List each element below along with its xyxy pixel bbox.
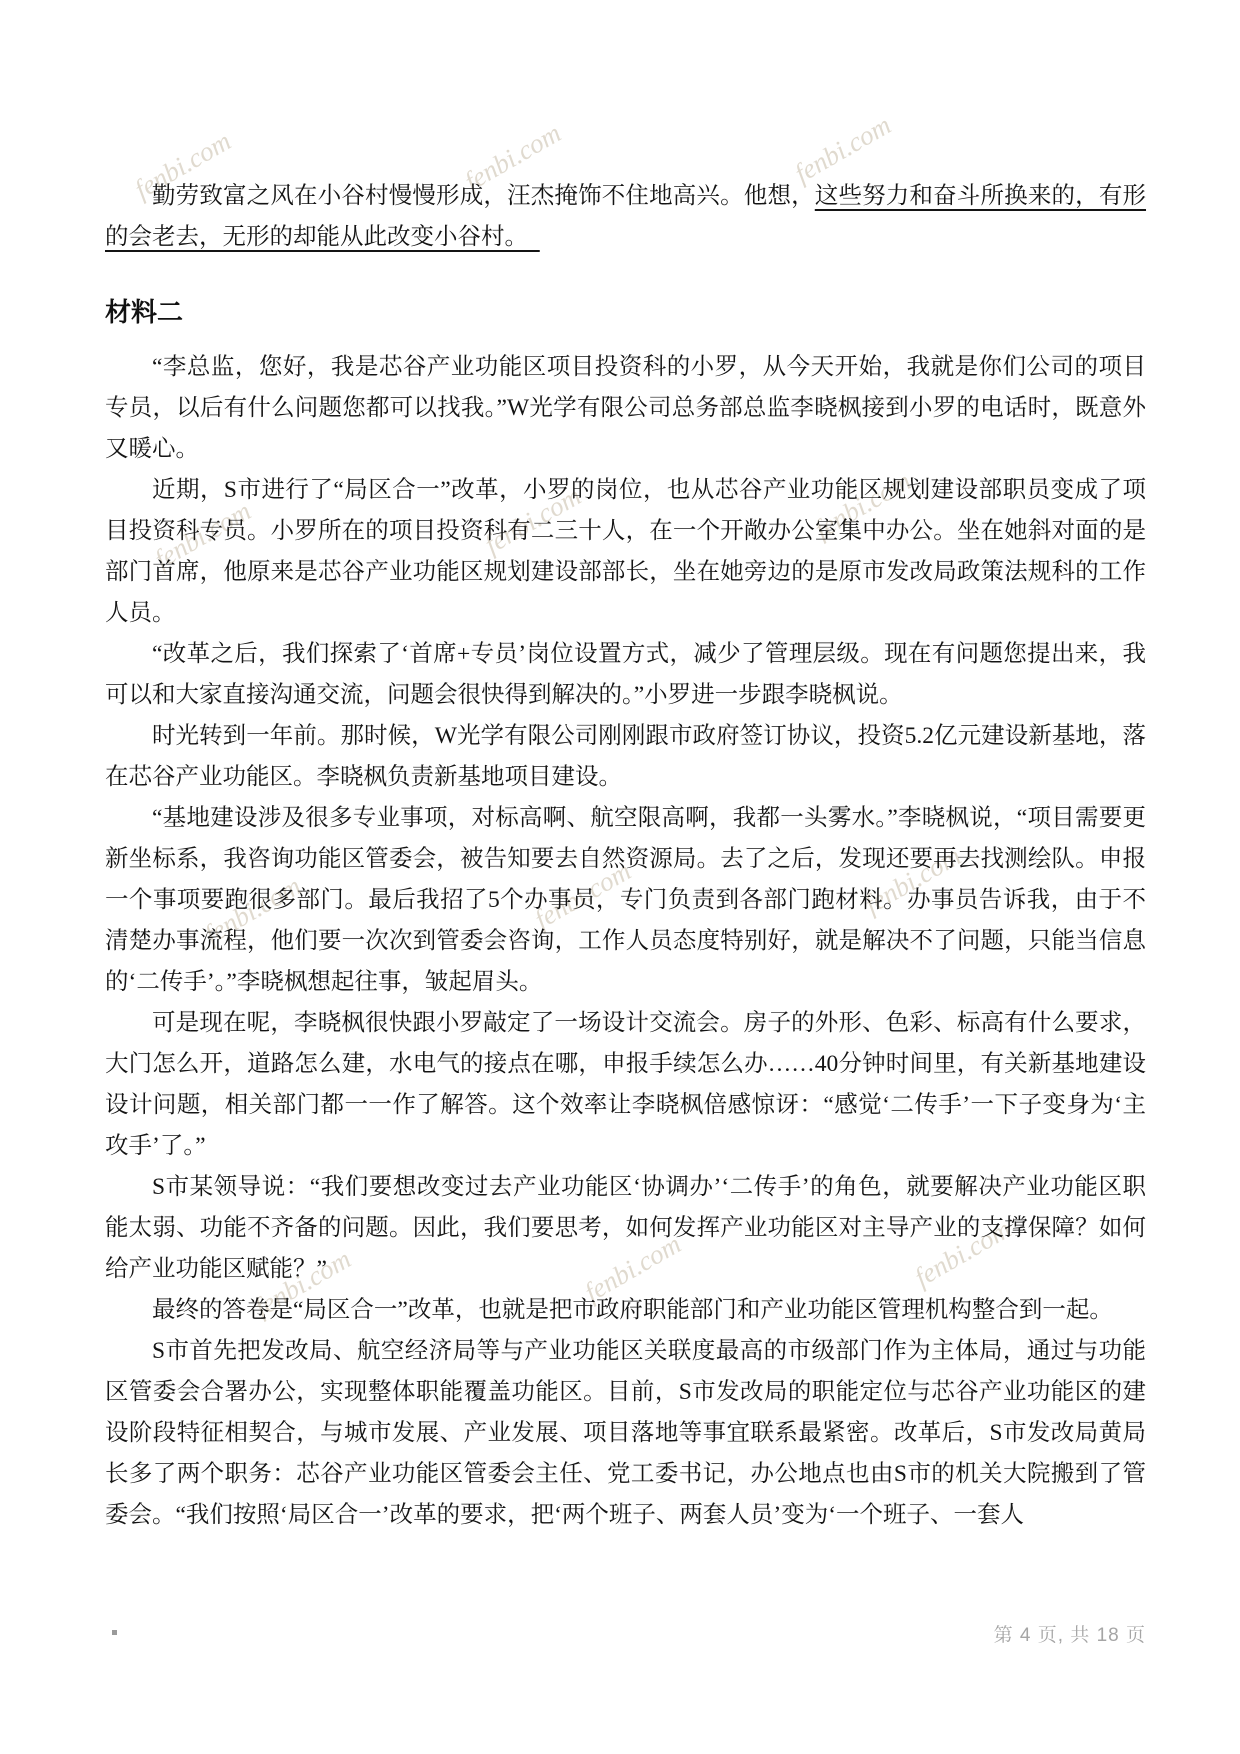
paragraph-text: 勤劳致富之风在小谷村慢慢形成，汪杰掩饰不住地高兴。他想， <box>152 183 815 209</box>
document-page: fenbi.com fenbi.com fenbi.com fenbi.com … <box>0 0 1240 1754</box>
body-paragraph: 可是现在呢，李晓枫很快跟小罗敲定了一场设计交流会。房子的外形、色彩、标高有什么要… <box>105 1003 1146 1167</box>
body-paragraph: 时光转到一年前。那时候，W光学有限公司刚刚跟市政府签订协议，投资5.2亿元建设新… <box>105 716 1146 798</box>
body-paragraph: 最终的答卷是“局区合一”改革，也就是把市政府职能部门和产业功能区管理机构整合到一… <box>105 1290 1146 1331</box>
body-paragraph: “改革之后，我们探索了‘首席+专员’岗位设置方式，减少了管理层级。现在有问题您提… <box>105 634 1146 716</box>
body-paragraph: “基地建设涉及很多专业事项，对标高啊、航空限高啊，我都一头雾水。”李晓枫说，“项… <box>105 798 1146 1003</box>
page-content: 勤劳致富之风在小谷村慢慢形成，汪杰掩饰不住地高兴。他想，这些努力和奋斗所换来的，… <box>105 176 1146 1536</box>
body-paragraph: 近期，S市进行了“局区合一”改革，小罗的岗位，也从芯谷产业功能区规划建设部职员变… <box>105 470 1146 634</box>
page-number: 第 4 页, 共 18 页 <box>994 1620 1146 1647</box>
stray-dot <box>112 1630 117 1635</box>
body-paragraph: S市首先把发改局、航空经济局等与产业功能区关联度最高的市级部门作为主体局，通过与… <box>105 1331 1146 1536</box>
material-heading: 材料二 <box>105 292 1146 333</box>
body-paragraph: S市某领导说：“我们要想改变过去产业功能区‘协调办’‘二传手’的角色，就要解决产… <box>105 1167 1146 1290</box>
paragraph-continued: 勤劳致富之风在小谷村慢慢形成，汪杰掩饰不住地高兴。他想，这些努力和奋斗所换来的，… <box>105 176 1146 258</box>
body-paragraph: “李总监，您好，我是芯谷产业功能区项目投资科的小罗，从今天开始，我就是你们公司的… <box>105 347 1146 470</box>
